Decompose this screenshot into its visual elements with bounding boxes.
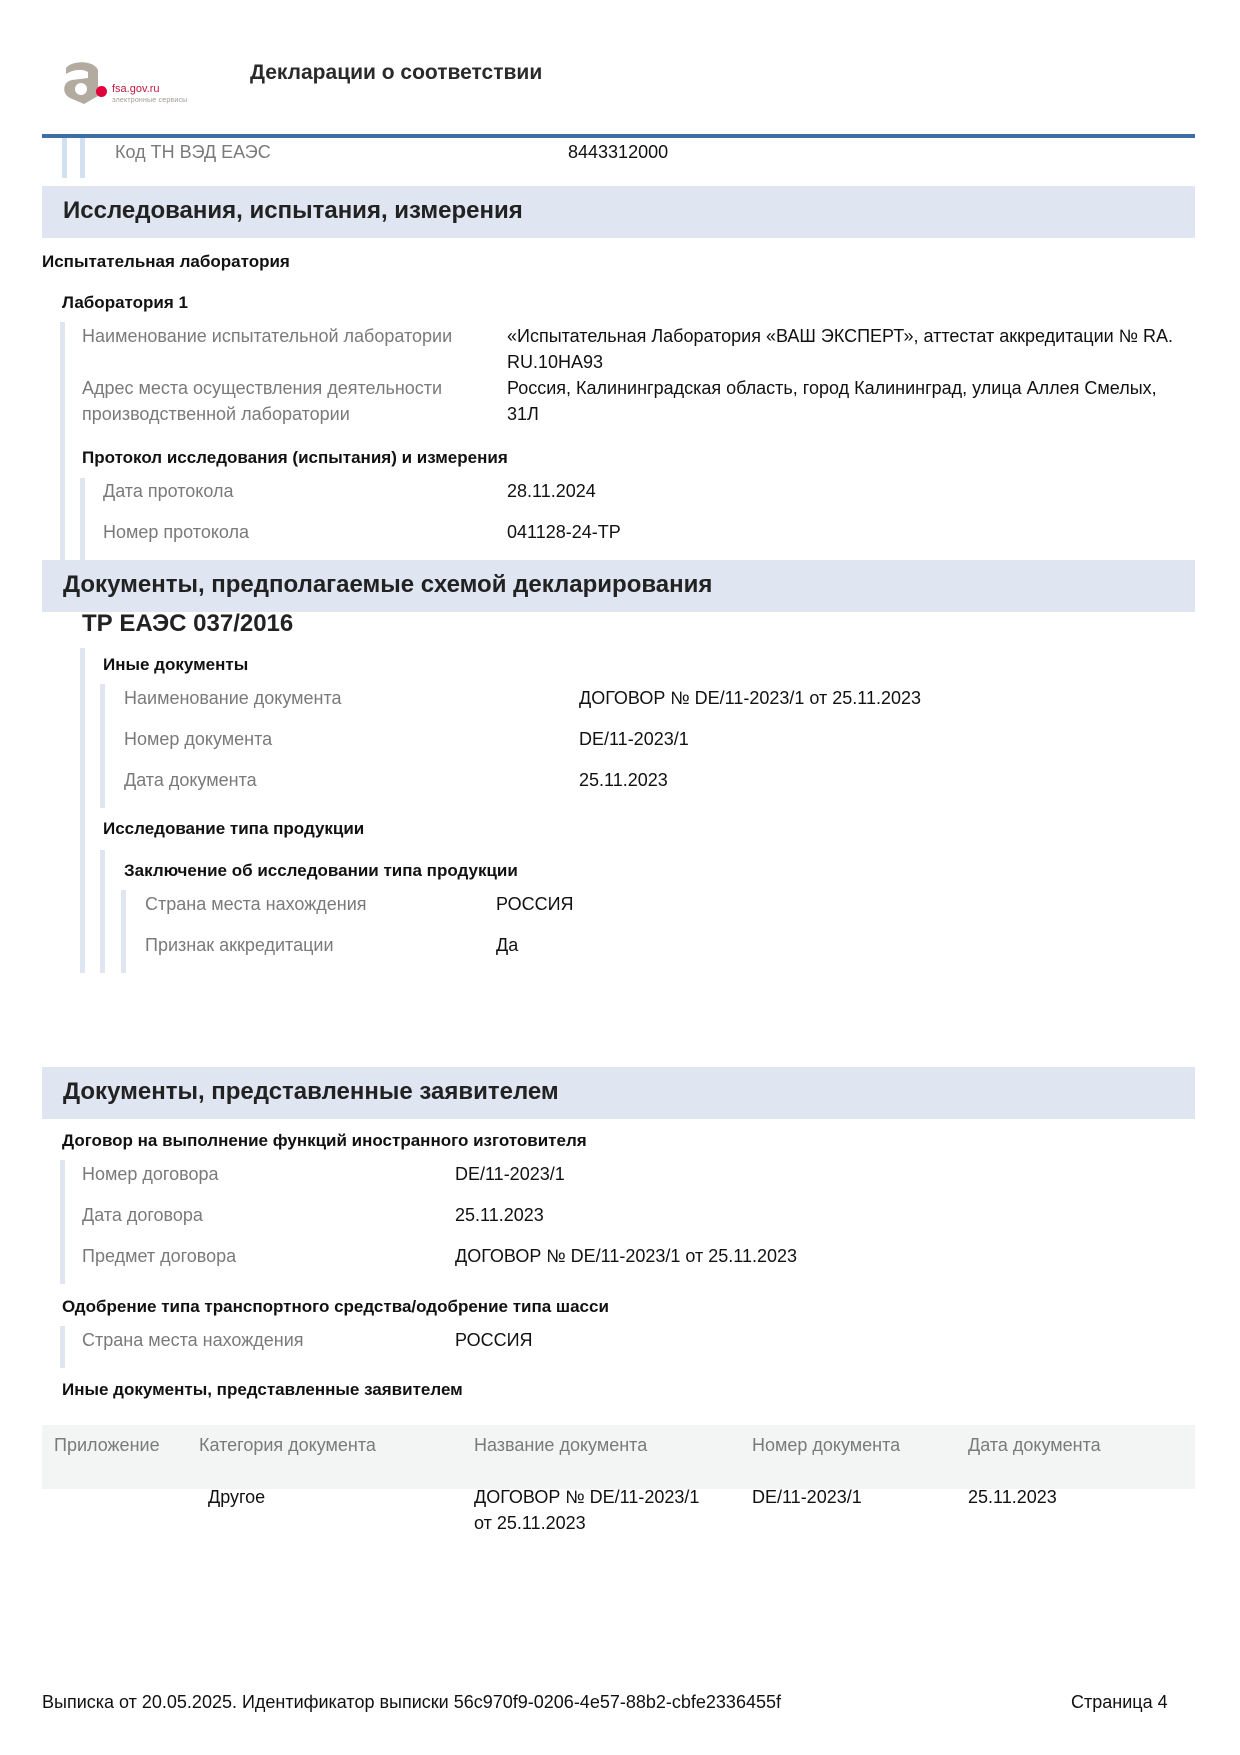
cell-number: DE/11-2023/1	[752, 1484, 862, 1510]
section-title: Исследования, испытания, измерения	[63, 197, 523, 225]
nest-bar	[60, 322, 65, 560]
nest-bar	[62, 138, 67, 178]
field-value: 041128-24-ТР	[507, 519, 621, 545]
field-value: 8443312000	[568, 139, 668, 165]
field-label: Признак аккредитации	[145, 932, 334, 958]
section-title: Документы, предполагаемые схемой деклари…	[63, 571, 712, 599]
field-label: Номер договора	[82, 1161, 219, 1187]
field-label: Наименование испытательной лаборатории	[82, 323, 452, 349]
section-title: Документы, представленные заявителем	[63, 1078, 559, 1106]
nest-bar	[100, 684, 105, 808]
nest-bar	[60, 1160, 65, 1284]
type-study-title: Исследование типа продукции	[103, 819, 364, 839]
field-label: Дата документа	[124, 767, 257, 793]
section-header-scheme-docs: Документы, предполагаемые схемой деклари…	[42, 560, 1195, 612]
section-header-research: Исследования, испытания, измерения	[42, 186, 1195, 238]
field-label: Номер протокола	[103, 519, 249, 545]
logo-site: fsa.gov.ru	[112, 83, 160, 95]
lab-group-title: Испытательная лаборатория	[42, 252, 290, 272]
other-docs-title: Иные документы	[103, 655, 248, 675]
field-value: Россия, Калининградская область, город К…	[507, 375, 1157, 401]
footer-extract: Выписка от 20.05.2025. Идентификатор вып…	[42, 1692, 781, 1713]
field-label: Дата договора	[82, 1202, 203, 1228]
nest-bar	[60, 1326, 65, 1368]
field-label: Предмет договора	[82, 1243, 236, 1269]
nest-bar	[80, 648, 85, 973]
field-value: 28.11.2024	[507, 478, 596, 504]
lab-title: Лаборатория 1	[62, 293, 188, 313]
field-value: Да	[496, 932, 518, 958]
approval-title: Одобрение типа транспортного средства/од…	[62, 1297, 609, 1317]
column-header: Название документа	[474, 1435, 647, 1456]
field-label: Адрес места осуществления деятельности	[82, 375, 442, 401]
field-value: DE/11-2023/1	[579, 726, 689, 752]
field-label: Страна места нахождения	[82, 1327, 304, 1353]
field-label: Наименование документа	[124, 685, 342, 711]
conclusion-title: Заключение об исследовании типа продукци…	[124, 861, 518, 881]
nest-bar	[80, 138, 85, 178]
other-applicant-docs-title: Иные документы, представленные заявителе…	[62, 1380, 463, 1400]
header-divider	[42, 134, 1195, 138]
field-label: Номер документа	[124, 726, 272, 752]
field-value: 31Л	[507, 401, 539, 427]
logo-dot-icon	[96, 86, 107, 97]
fsa-logo-icon	[60, 58, 106, 104]
logo-subtitle: электронные сервисы	[112, 97, 187, 104]
field-value: «Испытательная Лаборатория «ВАШ ЭКСПЕРТ»…	[507, 323, 1173, 349]
column-header: Категория документа	[199, 1435, 376, 1456]
field-value: ДОГОВОР № DE/11-2023/1 от 25.11.2023	[579, 685, 921, 711]
field-value: РОССИЯ	[455, 1327, 533, 1353]
document-title: Декларации о соответствии	[250, 61, 542, 85]
cell-category: Другое	[208, 1484, 265, 1510]
field-value: RU.10HA93	[507, 349, 603, 375]
column-header: Дата документа	[968, 1435, 1101, 1456]
field-value: DE/11-2023/1	[455, 1161, 565, 1187]
cell-date: 25.11.2023	[968, 1484, 1057, 1510]
field-value: 25.11.2023	[579, 767, 668, 793]
nest-bar	[121, 890, 126, 973]
cell-name: от 25.11.2023	[474, 1510, 586, 1536]
section-header-applicant-docs: Документы, представленные заявителем	[42, 1067, 1195, 1119]
field-label: производственной лаборатории	[82, 401, 350, 427]
field-value: РОССИЯ	[496, 891, 574, 917]
field-value: 25.11.2023	[455, 1202, 544, 1228]
nest-bar	[80, 478, 85, 560]
contract-title: Договор на выполнение функций иностранно…	[62, 1131, 587, 1151]
column-header: Приложение	[54, 1435, 160, 1456]
column-header: Номер документа	[752, 1435, 900, 1456]
cell-name: ДОГОВОР № DE/11-2023/1	[474, 1484, 699, 1510]
regulation-title: ТР ЕАЭС 037/2016	[82, 610, 293, 638]
protocol-title: Протокол исследования (испытания) и изме…	[82, 448, 508, 468]
field-label: Код ТН ВЭД ЕАЭС	[115, 139, 271, 165]
field-label: Страна места нахождения	[145, 891, 367, 917]
page-number: Страница 4	[1071, 1692, 1168, 1713]
field-label: Дата протокола	[103, 478, 234, 504]
nest-bar	[100, 850, 105, 973]
field-value: ДОГОВОР № DE/11-2023/1 от 25.11.2023	[455, 1243, 797, 1269]
